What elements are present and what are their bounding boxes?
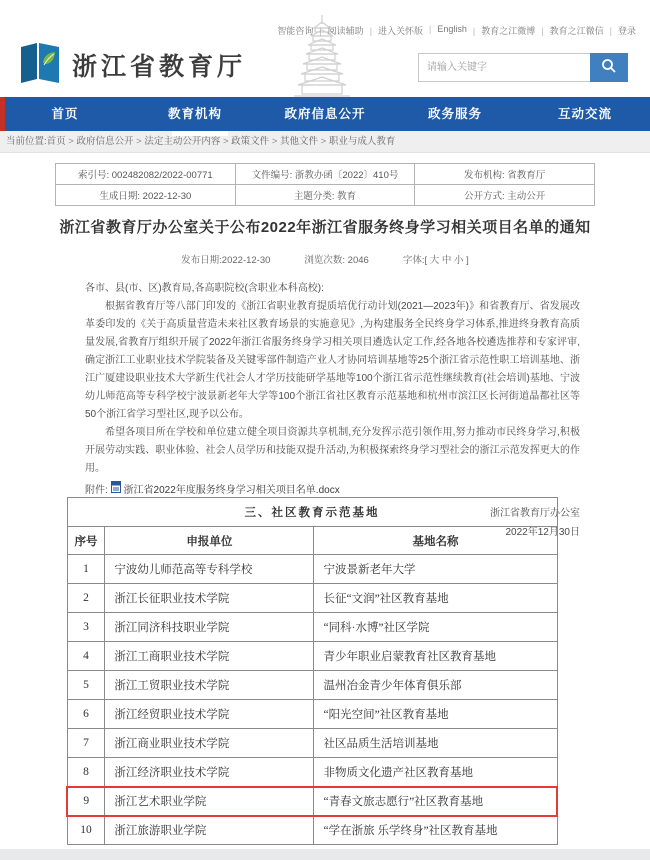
cell-no: 4 [67,642,105,671]
cell-unit: 浙江长征职业技术学院 [105,584,314,613]
site-logo[interactable]: 浙江省教育厅 [18,40,246,89]
base-table-title-row: 三、社区教育示范基地 [67,498,557,527]
cell-no: 1 [67,555,105,584]
bottom-page-band [0,849,650,860]
base-table-title: 三、社区教育示范基地 [67,498,557,527]
base-table-row: 9 浙江艺术职业学院 “青春文旅志愿行”社区教育基地 [67,787,557,816]
cell-unit: 浙江经贸职业技术学院 [105,700,314,729]
doc-index-no: 索引号: 002482082/2022-00771 [56,164,236,185]
salutation: 各市、县(市、区)教育局,各高职院校(含职业本科高校): [85,280,580,298]
base-table-row: 10 浙江旅游职业学院 “学在浙旅 乐学终身”社区教育基地 [67,816,557,845]
cell-base: 宁波景新老年大学 [314,555,557,584]
cell-base: “阳光空间”社区教育基地 [314,700,557,729]
nav-item-institutions[interactable]: 教育机构 [130,97,260,131]
link-login[interactable]: 登录 [604,24,636,37]
base-table-row: 2 浙江长征职业技术学院 长征“文润”社区教育基地 [67,584,557,613]
site-header: 智能咨询 阅读辅助 进入关怀版 English 教育之江微博 教育之江微信 登录… [0,0,650,97]
cell-no: 5 [67,671,105,700]
cell-unit: 浙江工贸职业技术学院 [105,671,314,700]
cell-base: 长征“文润”社区教育基地 [314,584,557,613]
cell-unit: 浙江商业职业技术学院 [105,729,314,758]
crumb-active-disclosure[interactable]: 法定主动公开内容 [134,136,221,147]
base-table-row: 4 浙江工商职业技术学院 青少年职业启蒙教育社区教育基地 [67,642,557,671]
cell-no: 3 [67,613,105,642]
cell-unit: 浙江同济科技职业学院 [105,613,314,642]
doc-disclosure-mode: 公开方式: 主动公开 [415,185,595,206]
nav-left-red-mark [0,97,5,131]
page: 智能咨询 阅读辅助 进入关怀版 English 教育之江微博 教育之江微信 登录… [0,0,650,860]
cell-base: 青少年职业启蒙教育社区教育基地 [314,642,557,671]
nav-item-home[interactable]: 首页 [0,97,130,131]
search-button[interactable] [590,53,628,82]
base-table-row: 8 浙江经济职业技术学院 非物质文化遗产社区教育基地 [67,758,557,787]
breadcrumb-prefix: 当前位置: [6,136,47,147]
nav-active-indicator [172,131,228,136]
cell-no: 7 [67,729,105,758]
base-table-header-row: 序号 申报单位 基地名称 [67,527,557,555]
link-wechat[interactable]: 教育之江微信 [535,24,603,37]
col-header-no: 序号 [67,527,105,555]
search-icon [601,58,617,77]
crumb-other-files[interactable]: 其他文件 [269,136,318,147]
logo-book-icon [18,40,62,89]
cell-unit: 宁波幼儿师范高等专科学校 [105,555,314,584]
publish-date: 发布日期:2022-12-30 [181,252,270,266]
body-paragraph-1: 根据省教育厅等八部门印发的《浙江省职业教育提质培优行动计划(2021—2023年… [85,298,580,424]
search-bar [418,53,628,82]
cell-base: “同科·水博”社区学院 [314,613,557,642]
doc-info-row: 生成日期: 2022-12-30 主题分类: 教育 公开方式: 主动公开 [56,185,595,206]
cell-no: 8 [67,758,105,787]
col-header-unit: 申报单位 [105,527,314,555]
doc-meta-row: 发布日期:2022-12-30 浏览次数: 2046 字体:[ 大 中 小 ] [0,252,650,266]
crumb-policy-files[interactable]: 政策文件 [220,136,269,147]
cell-base: 社区品质生活培训基地 [314,729,557,758]
base-table-row: 7 浙江商业职业技术学院 社区品质生活培训基地 [67,729,557,758]
cell-unit: 浙江旅游职业学院 [105,816,314,845]
cell-unit: 浙江经济职业技术学院 [105,758,314,787]
doc-info-table: 索引号: 002482082/2022-00771 文件编号: 浙教办函〔202… [55,163,595,206]
link-english[interactable]: English [423,24,467,37]
cell-no: 6 [67,700,105,729]
doc-info-row: 索引号: 002482082/2022-00771 文件编号: 浙教办函〔202… [56,164,595,185]
site-title: 浙江省教育厅 [72,47,246,83]
cell-no: 9 [67,787,105,816]
cell-no: 10 [67,816,105,845]
cell-base: “学在浙旅 乐学终身”社区教育基地 [314,816,557,845]
nav-item-gov-info[interactable]: 政府信息公开 [260,97,390,131]
doc-issuing-org: 发布机构: 省教育厅 [415,164,595,185]
base-table-row: 6 浙江经贸职业技术学院 “阳光空间”社区教育基地 [67,700,557,729]
crumb-vocational-adult-edu[interactable]: 职业与成人教育 [318,136,395,147]
link-care-mode[interactable]: 进入关怀版 [364,24,423,37]
pagoda-sketch-image [290,14,354,103]
community-edu-base-table: 三、社区教育示范基地 序号 申报单位 基地名称 1 宁波幼儿师范高等专科学校 宁… [66,497,558,845]
doc-topic-category: 主题分类: 教育 [235,185,415,206]
cell-unit: 浙江工商职业技术学院 [105,642,314,671]
cell-base: 非物质文化遗产社区教育基地 [314,758,557,787]
page-title: 浙江省教育厅办公室关于公布2022年浙江省服务终身学习相关项目名单的通知 [30,216,620,237]
link-weibo[interactable]: 教育之江微博 [467,24,535,37]
nav-item-services[interactable]: 政务服务 [390,97,520,131]
base-table-row: 5 浙江工贸职业技术学院 温州冶金青少年体育俱乐部 [67,671,557,700]
cell-base: “青春文旅志愿行”社区教育基地 [314,787,557,816]
body-paragraph-2: 希望各项目所在学校和单位建立健全项目资源共享机制,充分发挥示范引领作用,努力推动… [85,424,580,478]
base-table-row: 1 宁波幼儿师范高等专科学校 宁波景新老年大学 [67,555,557,584]
breadcrumb: 当前位置:首页政府信息公开法定主动公开内容政策文件其他文件职业与成人教育 [0,131,650,153]
nav-item-interaction[interactable]: 互动交流 [520,97,650,131]
crumb-gov-info[interactable]: 政府信息公开 [66,136,134,147]
base-table-row: 3 浙江同济科技职业学院 “同科·水博”社区学院 [67,613,557,642]
main-nav: 首页 教育机构 政府信息公开 政务服务 互动交流 [0,97,650,131]
search-input[interactable] [418,53,590,82]
cell-no: 2 [67,584,105,613]
doc-create-date: 生成日期: 2022-12-30 [56,185,236,206]
cell-base: 温州冶金青少年体育俱乐部 [314,671,557,700]
font-size-control[interactable]: 字体:[ 大 中 小 ] [403,252,469,266]
crumb-home[interactable]: 首页 [47,136,66,147]
doc-file-no: 文件编号: 浙教办函〔2022〕410号 [235,164,415,185]
col-header-base: 基地名称 [314,527,557,555]
cell-unit: 浙江艺术职业学院 [105,787,314,816]
view-count: 浏览次数: 2046 [304,252,368,266]
